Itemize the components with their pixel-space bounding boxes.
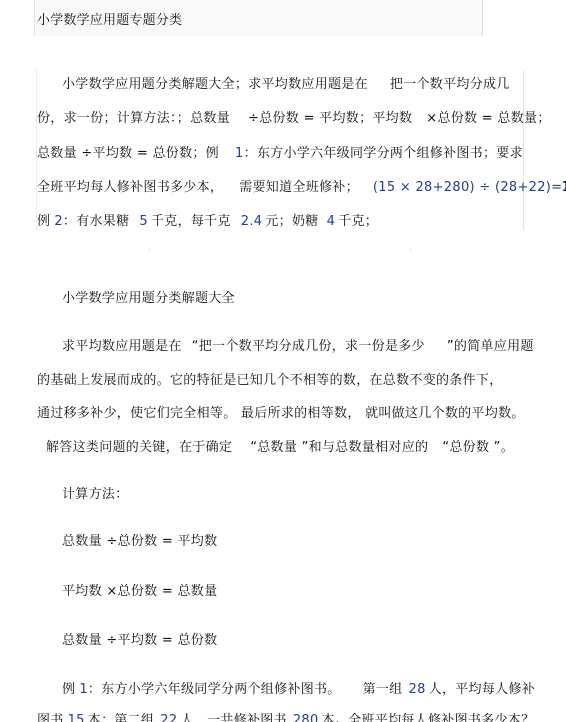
- method-label-text: 计算方法：: [62, 487, 129, 502]
- paragraph-text: “总份数 ”。: [442, 440, 514, 455]
- paragraph-text: 求平均数应用题是在: [62, 339, 182, 354]
- divider-tick: [410, 248, 411, 251]
- summary-text: 小学数学应用题分类解题大全；求平均数应用题是在: [62, 77, 368, 92]
- summary-number: 2.4: [241, 214, 263, 229]
- formula-2: 平均数 ×总份数 = 总数量: [62, 584, 217, 600]
- summary-text: ：东方小学六年级同学分两个组修补图书；要求: [244, 146, 523, 161]
- paragraph-text: “把一个数平均分成几份，求一份是多少: [192, 339, 425, 354]
- summary-text: 元；奶糖: [265, 214, 318, 229]
- example-number: 22: [160, 713, 177, 722]
- summary-formula: (15 × 28+280) ÷ (28+22)=本: [373, 180, 566, 195]
- example-text: ：东方小学六年级同学分两个组修补图书。: [88, 682, 341, 697]
- summary-text: ÷总份数 = 平均数；平均数: [248, 111, 412, 126]
- summary-number: 4: [327, 214, 336, 229]
- example1-line-1: 例1：东方小学六年级同学分两个组修补图书。第一组28人，平均每人修补: [62, 682, 535, 698]
- paragraph-line-4: 解答这类问题的关键，在于确定“总数量 ”和与总数量相对应的“总份数 ”。: [46, 440, 514, 456]
- summary-line-1: 小学数学应用题分类解题大全；求平均数应用题是在把一个数平均分成几: [62, 77, 510, 93]
- paragraph-line-2: 的基础上发展而成的。它的特征是已知几个不相等的数，在总数不变的条件下，: [37, 373, 503, 389]
- summary-text: 全班平均每人修补图书多少本，: [37, 180, 223, 195]
- document-title: 小学数学应用题专题分类: [37, 9, 182, 28]
- example-number: 280: [293, 713, 319, 722]
- heading-text: 小学数学应用题分类解题大全: [62, 291, 235, 306]
- example-number: 1: [79, 682, 88, 697]
- summary-text: 把一个数平均分成几: [390, 77, 510, 92]
- example1-line-2: 图书15本；第二组22人，一共修补图书280本。全班平均每人修补图书多少本？: [37, 713, 534, 722]
- summary-line-3: 总数量 ÷平均数 = 总份数；例1：东方小学六年级同学分两个组修补图书；要求: [37, 146, 523, 162]
- example-number: 28: [409, 682, 426, 697]
- summary-number: 2: [54, 214, 63, 229]
- formula-text: 总数量 ÷平均数 = 总份数: [62, 633, 217, 648]
- example-text: 人，一共修补图书: [180, 713, 286, 722]
- summary-text: 千克，每千克: [151, 214, 231, 229]
- formula-3: 总数量 ÷平均数 = 总份数: [62, 633, 217, 649]
- summary-text: 需要知道全班修补；: [239, 180, 359, 195]
- summary-text: 例: [37, 214, 50, 229]
- summary-line-4: 全班平均每人修补图书多少本，需要知道全班修补；(15 × 28+280) ÷ (…: [37, 180, 566, 196]
- formula-1: 总数量 ÷总份数 = 平均数: [62, 534, 217, 550]
- example-text: 本；第二组: [88, 713, 155, 722]
- paragraph-text: “总数量 ”和与总数量相对应的: [250, 440, 428, 455]
- example-text: 第一组: [363, 682, 403, 697]
- document-title-box: 小学数学应用题专题分类: [34, 0, 483, 36]
- example-number: 15: [68, 713, 85, 722]
- divider-tick: [149, 248, 150, 251]
- summary-text: 千克；: [338, 214, 378, 229]
- summary-number: 1: [235, 146, 244, 161]
- method-label: 计算方法：: [62, 487, 129, 503]
- example-text: 本。全班平均每人修补图书多少本？: [322, 713, 535, 722]
- formula-text: 平均数 ×总份数 = 总数量: [62, 584, 217, 599]
- summary-text: 总数量 ÷平均数 = 总份数；例: [37, 146, 219, 161]
- paragraph-text: ”的简单应用题: [447, 339, 534, 354]
- example-text: 图书: [37, 713, 64, 722]
- summary-text: 份，求一份；计算方法：；总数量: [37, 111, 230, 126]
- summary-line-5: 例2：有水果糖5千克，每千克2.4元；奶糖4千克；: [37, 214, 378, 230]
- body-heading: 小学数学应用题分类解题大全: [62, 291, 235, 307]
- paragraph-line-3: 通过移多补少，使它们完全相等。 最后所求的相等数， 就叫做这几个数的平均数。: [37, 406, 525, 422]
- paragraph-text: 解答这类问题的关键，在于确定: [46, 440, 232, 455]
- example-text: 例: [62, 682, 75, 697]
- paragraph-text: 通过移多补少，使它们完全相等。 最后所求的相等数， 就叫做这几个数的平均数。: [37, 406, 525, 421]
- summary-line-2: 份，求一份；计算方法：；总数量÷总份数 = 平均数；平均数×总份数 = 总数量；: [37, 111, 551, 127]
- paragraph-text: 的基础上发展而成的。它的特征是已知几个不相等的数，在总数不变的条件下，: [37, 373, 503, 388]
- summary-text: 14；: [562, 180, 566, 195]
- example-text: 人，平均每人修补: [429, 682, 535, 697]
- paragraph-line-1: 求平均数应用题是在“把一个数平均分成几份，求一份是多少”的简单应用题: [62, 339, 534, 355]
- summary-text: ：有水果糖: [63, 214, 130, 229]
- summary-number: 5: [139, 214, 148, 229]
- formula-text: 总数量 ÷总份数 = 平均数: [62, 534, 217, 549]
- summary-text: ×总份数 = 总数量；: [426, 111, 550, 126]
